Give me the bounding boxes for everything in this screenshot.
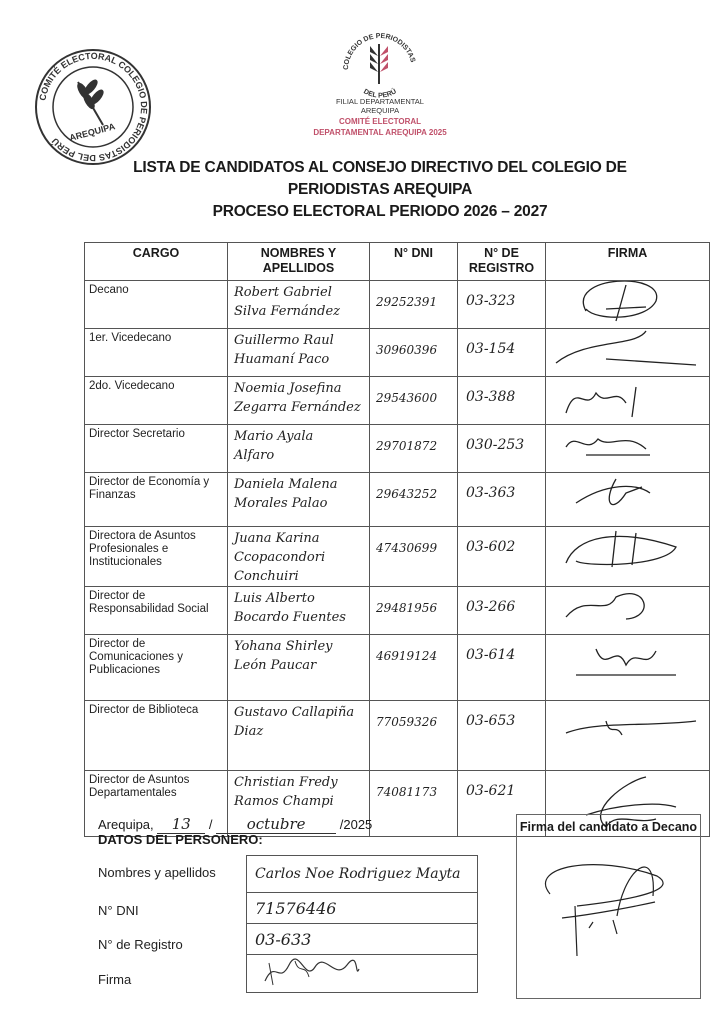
personero-nombres-field[interactable]: Carlos Noe Rodriguez Mayta [247, 856, 478, 893]
nombre-cell[interactable]: Luis AlbertoBocardo Fuentes [228, 587, 370, 635]
registro-cell[interactable]: 03-602 [458, 527, 546, 587]
table-row: Director SecretarioMario AyalaAlfaro2970… [85, 425, 710, 473]
nombre-cell[interactable]: Noemia JosefinaZegarra Fernández [228, 377, 370, 425]
document-title: LISTA DE CANDIDATOS AL CONSEJO DIRECTIVO… [100, 157, 660, 223]
nombre-cell[interactable]: Mario AyalaAlfaro [228, 425, 370, 473]
personero-signature [255, 955, 365, 987]
candidate-signature [546, 635, 706, 695]
candidate-signature [546, 281, 706, 323]
candidate-signature [546, 473, 706, 521]
header-cargo: CARGO [85, 243, 228, 281]
personero-table: Carlos Noe Rodriguez Mayta 71576446 03-6… [246, 855, 478, 993]
personero-registro-field[interactable]: 03-633 [247, 924, 478, 955]
label-dni: N° DNI [98, 903, 139, 918]
firma-cell[interactable] [546, 377, 710, 425]
colegio-logo: COLEGIO DE PERIODISTAS DEL PERÚ [330, 22, 430, 102]
personero-firma-field[interactable] [247, 955, 478, 993]
header-dni: N° DNI [370, 243, 458, 281]
candidate-signature [546, 587, 706, 629]
dni-cell[interactable]: 29252391 [370, 281, 458, 329]
candidates-table: CARGO NOMBRES Y APELLIDOS N° DNI N° DE R… [84, 242, 710, 837]
firma-cell[interactable] [546, 635, 710, 701]
firma-cell[interactable] [546, 587, 710, 635]
cargo-cell: 1er. Vicedecano [85, 329, 228, 377]
dni-cell[interactable]: 30960396 [370, 329, 458, 377]
firma-cell[interactable] [546, 527, 710, 587]
registro-cell[interactable]: 03-363 [458, 473, 546, 527]
table-row: Director de BibliotecaGustavo CallapiñaD… [85, 701, 710, 771]
wheat-icon [76, 79, 104, 125]
label-nombres: Nombres y apellidos [98, 865, 216, 880]
dni-cell[interactable]: 29701872 [370, 425, 458, 473]
firma-cell[interactable] [546, 701, 710, 771]
firma-cell[interactable] [546, 425, 710, 473]
firma-cell[interactable] [546, 329, 710, 377]
dni-cell[interactable]: 74081173 [370, 771, 458, 837]
comite-label: COMITÉ ELECTORAL DEPARTAMENTAL AREQUIPA … [280, 116, 480, 138]
dni-cell[interactable]: 47430699 [370, 527, 458, 587]
registro-cell[interactable]: 03-614 [458, 635, 546, 701]
table-row: DecanoRobert GabrielSilva Fernández29252… [85, 281, 710, 329]
label-firma: Firma [98, 972, 131, 987]
firma-cell[interactable] [546, 281, 710, 329]
candidate-signature [546, 527, 706, 571]
candidate-signature [546, 329, 706, 371]
cargo-cell: Directora de Asuntos Profesionales e Ins… [85, 527, 228, 587]
registro-cell[interactable]: 03-323 [458, 281, 546, 329]
nombre-cell[interactable]: Juana KarinaCcopacondori Conchuiri [228, 527, 370, 587]
header-firma: FIRMA [546, 243, 710, 281]
cargo-cell: Director de Responsabilidad Social [85, 587, 228, 635]
decano-signature [517, 836, 700, 976]
header-nombres: NOMBRES Y APELLIDOS [228, 243, 370, 281]
cargo-cell: Director de Comunicaciones y Publicacion… [85, 635, 228, 701]
nombre-cell[interactable]: Gustavo CallapiñaDiaz [228, 701, 370, 771]
candidate-signature [546, 701, 706, 765]
decano-box-label: Firma del candidato a Decano [517, 819, 700, 836]
cargo-cell: Director Secretario [85, 425, 228, 473]
dni-cell[interactable]: 46919124 [370, 635, 458, 701]
registro-cell[interactable]: 03-266 [458, 587, 546, 635]
dni-cell[interactable]: 29543600 [370, 377, 458, 425]
table-row: 2do. VicedecanoNoemia JosefinaZegarra Fe… [85, 377, 710, 425]
quill-icon [370, 44, 388, 84]
filial-label: FILIAL DEPARTAMENTAL AREQUIPA [300, 97, 460, 115]
registro-cell[interactable]: 03-388 [458, 377, 546, 425]
registro-cell[interactable]: 030-253 [458, 425, 546, 473]
dni-cell[interactable]: 29481956 [370, 587, 458, 635]
svg-text:AREQUIPA: AREQUIPA [68, 121, 116, 143]
electoral-stamp: COMITÉ ELECTORAL COLEGIO DE PERIODISTAS … [33, 47, 153, 167]
registro-cell[interactable]: 03-653 [458, 701, 546, 771]
nombre-cell[interactable]: Yohana ShirleyLeón Paucar [228, 635, 370, 701]
decano-signature-box[interactable]: Firma del candidato a Decano [516, 814, 701, 999]
datos-personero-title: DATOS DEL PERSONERO: [98, 832, 263, 847]
table-row: Director de Comunicaciones y Publicacion… [85, 635, 710, 701]
nombre-cell[interactable]: Daniela MalenaMorales Palao [228, 473, 370, 527]
dni-cell[interactable]: 29643252 [370, 473, 458, 527]
firma-cell[interactable] [546, 473, 710, 527]
table-row: 1er. VicedecanoGuillermo RaulHuamaní Pac… [85, 329, 710, 377]
cargo-cell: 2do. Vicedecano [85, 377, 228, 425]
personero-dni-field[interactable]: 71576446 [247, 893, 478, 924]
header-registro: N° DE REGISTRO [458, 243, 546, 281]
cargo-cell: Director de Economía y Finanzas [85, 473, 228, 527]
registro-cell[interactable]: 03-154 [458, 329, 546, 377]
label-registro: N° de Registro [98, 937, 183, 952]
nombre-cell[interactable]: Guillermo RaulHuamaní Paco [228, 329, 370, 377]
candidate-signature [546, 425, 706, 467]
table-header-row: CARGO NOMBRES Y APELLIDOS N° DNI N° DE R… [85, 243, 710, 281]
table-row: Directora de Asuntos Profesionales e Ins… [85, 527, 710, 587]
table-row: Director de Responsabilidad SocialLuis A… [85, 587, 710, 635]
dni-cell[interactable]: 77059326 [370, 701, 458, 771]
candidate-signature [546, 377, 706, 419]
cargo-cell: Director de Biblioteca [85, 701, 228, 771]
table-row: Director de Economía y FinanzasDaniela M… [85, 473, 710, 527]
nombre-cell[interactable]: Robert GabrielSilva Fernández [228, 281, 370, 329]
cargo-cell: Decano [85, 281, 228, 329]
